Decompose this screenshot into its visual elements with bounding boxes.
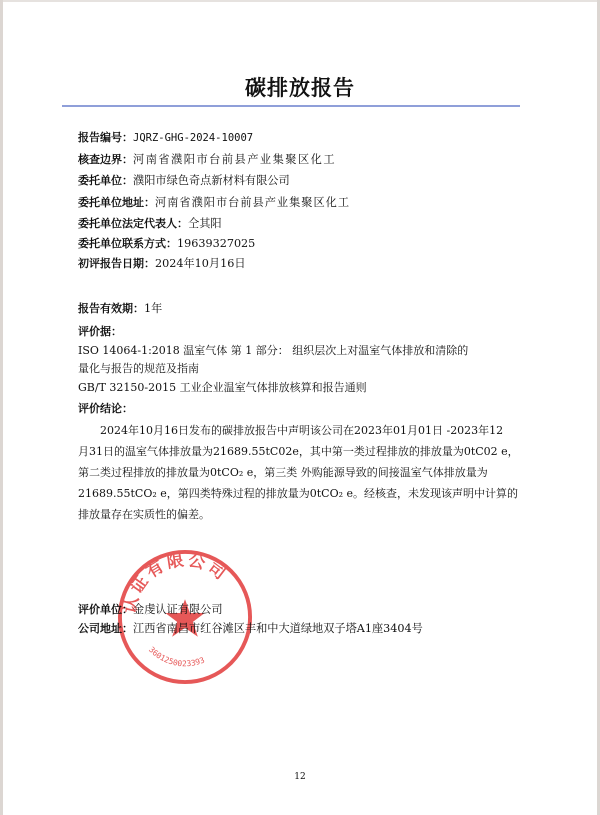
field-value: 1年 xyxy=(144,302,162,315)
conclusion-line: 排放量存在实质性的偏差。 xyxy=(78,508,210,522)
field-value: 2024年10月16日 xyxy=(155,257,246,270)
field-value: 江西省南昌市红谷滩区丰和中大道绿地双子塔A1座3404号 xyxy=(133,622,423,635)
field-validity: 报告有效期：1年 xyxy=(78,302,162,316)
field-verification-boundary: 核查边界：河南省濮阳市台前县产业集聚区化工 xyxy=(78,153,336,167)
field-value: JQRZ-GHG-2024-10007 xyxy=(133,132,253,144)
section-label: 评价据： xyxy=(78,325,122,338)
field-value: 河南省濮阳市台前县产业集聚区化工 xyxy=(133,153,336,166)
field-evaluator-address: 公司地址：江西省南昌市红谷滩区丰和中大道绿地双子塔A1座3404号 xyxy=(78,622,423,636)
conclusion-line: 21689.55tCO₂ e，第四类特殊过程的排放量为0tCO₂ e。经核查，未… xyxy=(78,487,518,501)
field-label: 公司地址： xyxy=(78,622,133,635)
basis-line: GB/T 32150-2015 工业企业温室气体排放核算和报告通则 xyxy=(78,381,367,395)
field-label: 报告有效期： xyxy=(78,302,144,315)
conclusion-line: 2024年10月16日发布的碳排放报告中声明该公司在2023年01月01日 -2… xyxy=(100,424,503,438)
field-label: 委托单位地址： xyxy=(78,196,155,209)
document-title: 碳排放报告 xyxy=(0,72,600,102)
field-label: 评价单位： xyxy=(78,603,133,616)
field-value: 濮阳市绿色奇点新材料有限公司 xyxy=(133,174,290,187)
field-value: 19639327025 xyxy=(177,237,255,250)
field-value: 河南省濮阳市台前县产业集聚区化工 xyxy=(155,196,350,209)
page-number: 12 xyxy=(0,772,600,782)
conclusion-heading: 评价结论： xyxy=(78,402,133,416)
field-report-date: 初评报告日期：2024年10月16日 xyxy=(78,257,246,271)
field-label: 委托单位联系方式： xyxy=(78,237,177,250)
basis-heading: 评价据： xyxy=(78,325,122,339)
document-page: 碳排放报告 报告编号：JQRZ-GHG-2024-10007 核查边界：河南省濮… xyxy=(0,0,600,815)
section-label: 评价结论： xyxy=(78,402,133,415)
field-label: 委托单位法定代表人： xyxy=(78,217,188,230)
field-value: 金虔认证有限公司 xyxy=(133,603,223,616)
conclusion-line: 第二类过程排放的排放量为0tCO₂ e，第三类 外购能源导致的间接温室气体排放量… xyxy=(78,466,488,480)
field-label: 核查边界： xyxy=(78,153,133,166)
field-evaluator-unit: 评价单位：金虔认证有限公司 xyxy=(78,603,223,617)
company-seal-stamp: 认证有限公司 3601250023393 xyxy=(116,548,254,686)
field-label: 委托单位： xyxy=(78,174,133,187)
field-legal-representative: 委托单位法定代表人：仝其阳 xyxy=(78,217,222,231)
conclusion-line: 月31日的温室气体排放量为21689.55tC02e，其中第一类过程排放的排放量… xyxy=(78,445,519,459)
stamp-number: 3601250023393 xyxy=(147,645,206,668)
basis-line: ISO 14064-1:2018 温室气体 第 1 部分： 组织层次上对温室气体… xyxy=(78,344,468,358)
field-client: 委托单位：濮阳市绿色奇点新材料有限公司 xyxy=(78,174,290,188)
field-label: 初评报告日期： xyxy=(78,257,155,270)
basis-line: 量化与报告的规范及指南 xyxy=(78,362,199,376)
field-client-address: 委托单位地址：河南省濮阳市台前县产业集聚区化工 xyxy=(78,196,350,210)
field-value: 仝其阳 xyxy=(188,217,222,230)
field-label: 报告编号： xyxy=(78,131,133,144)
field-report-number: 报告编号：JQRZ-GHG-2024-10007 xyxy=(78,131,253,145)
title-divider xyxy=(62,105,520,107)
field-contact: 委托单位联系方式：19639327025 xyxy=(78,237,255,251)
